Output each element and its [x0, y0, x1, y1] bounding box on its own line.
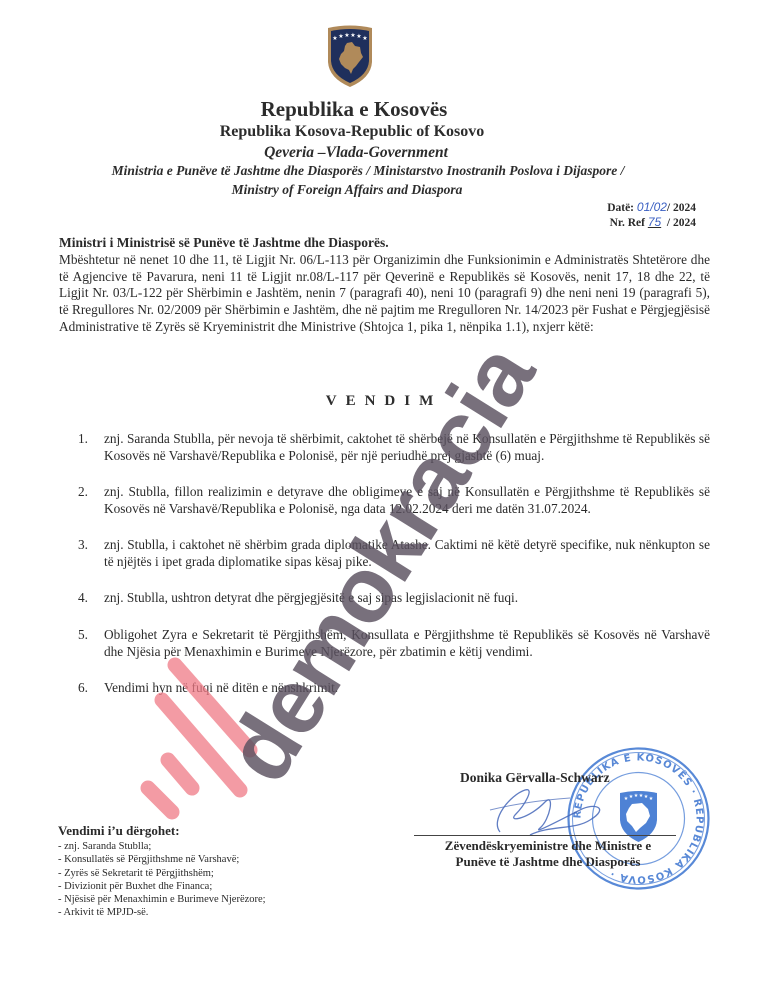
decision-title: VENDIM: [0, 393, 768, 410]
header-ministry: Ministria e Punëve të Jashtme dhe Diaspo…: [0, 163, 752, 179]
decision-item: 3.znj. Stublla, i caktohet në shërbim gr…: [78, 536, 710, 570]
svg-text:★: ★: [362, 35, 367, 42]
handwritten-signature-icon: [470, 780, 630, 840]
svg-text:★: ★: [344, 32, 349, 39]
ref-label: Nr. Ref: [610, 217, 645, 229]
header-ministry-english: Ministry of Foreign Affairs and Diaspora: [0, 182, 731, 198]
distribution-item: - Divizionit për Buxhet dhe Financa;: [58, 880, 266, 893]
decision-item: 6.Vendimi hyn në fuqi në ditën e nënshkr…: [78, 679, 710, 696]
svg-text:★: ★: [356, 33, 361, 40]
distribution-item: - Njësisë për Menaxhimin e Burimeve Njer…: [58, 893, 266, 906]
distribution-item: - Zyrës së Sekretarit të Përgjithshëm;: [58, 867, 266, 880]
date-handwritten: 01/02: [637, 200, 667, 214]
svg-text:★: ★: [338, 33, 343, 40]
kosovo-coat-of-arms-icon: ★★★ ★★★: [325, 24, 375, 88]
decision-document: ★★★ ★★★ Republika e Kosovës Republika Ko…: [0, 0, 768, 996]
ref-handwritten: 75: [648, 215, 661, 229]
decision-items: 1.znj. Saranda Stublla, për nevoja të sh…: [78, 430, 710, 715]
svg-text:★: ★: [332, 35, 337, 42]
document-date: Datë: 01/02/ 2024: [607, 200, 696, 214]
header-republic: Republika e Kosovës: [0, 97, 738, 122]
issuer-title: Ministri i Ministrisë së Punëve të Jasht…: [59, 235, 389, 251]
distribution-item: - Arkivit të MPJD-së.: [58, 906, 266, 919]
distribution-item: - znj. Saranda Stublla;: [58, 840, 266, 853]
ref-year: / 2024: [667, 217, 696, 229]
decision-item: 2.znj. Stublla, fillon realizimin e dety…: [78, 483, 710, 517]
signatory-title: Zëvendëskryeministre dhe Ministre e Punë…: [414, 838, 682, 870]
legal-basis-paragraph: Mbështetur në nenet 10 dhe 11, të Ligjit…: [59, 252, 710, 336]
decision-item: 1.znj. Saranda Stublla, për nevoja të sh…: [78, 430, 710, 464]
distribution-title: Vendimi i’u dërgohet:: [58, 823, 266, 839]
reference-number: Nr. Ref 75 / 2024: [610, 215, 696, 229]
svg-text:★: ★: [350, 32, 355, 39]
date-label: Datë:: [607, 202, 634, 214]
decision-item: 5.Obligohet Zyra e Sekretarit të Përgjit…: [78, 626, 710, 660]
distribution-list: Vendimi i’u dërgohet: - znj. Saranda Stu…: [58, 823, 266, 920]
decision-item: 4.znj. Stublla, ushtron detyrat dhe përg…: [78, 589, 710, 606]
svg-text:★: ★: [649, 796, 654, 802]
header-republic-multilingual: Republika Kosova-Republic of Kosovo: [0, 123, 736, 141]
signature-line: [414, 835, 676, 836]
distribution-item: - Konsullatës së Përgjithshme në Varshav…: [58, 853, 266, 866]
date-year: / 2024: [667, 202, 696, 214]
header-government: Qeveria –Vlada-Government: [0, 144, 740, 162]
